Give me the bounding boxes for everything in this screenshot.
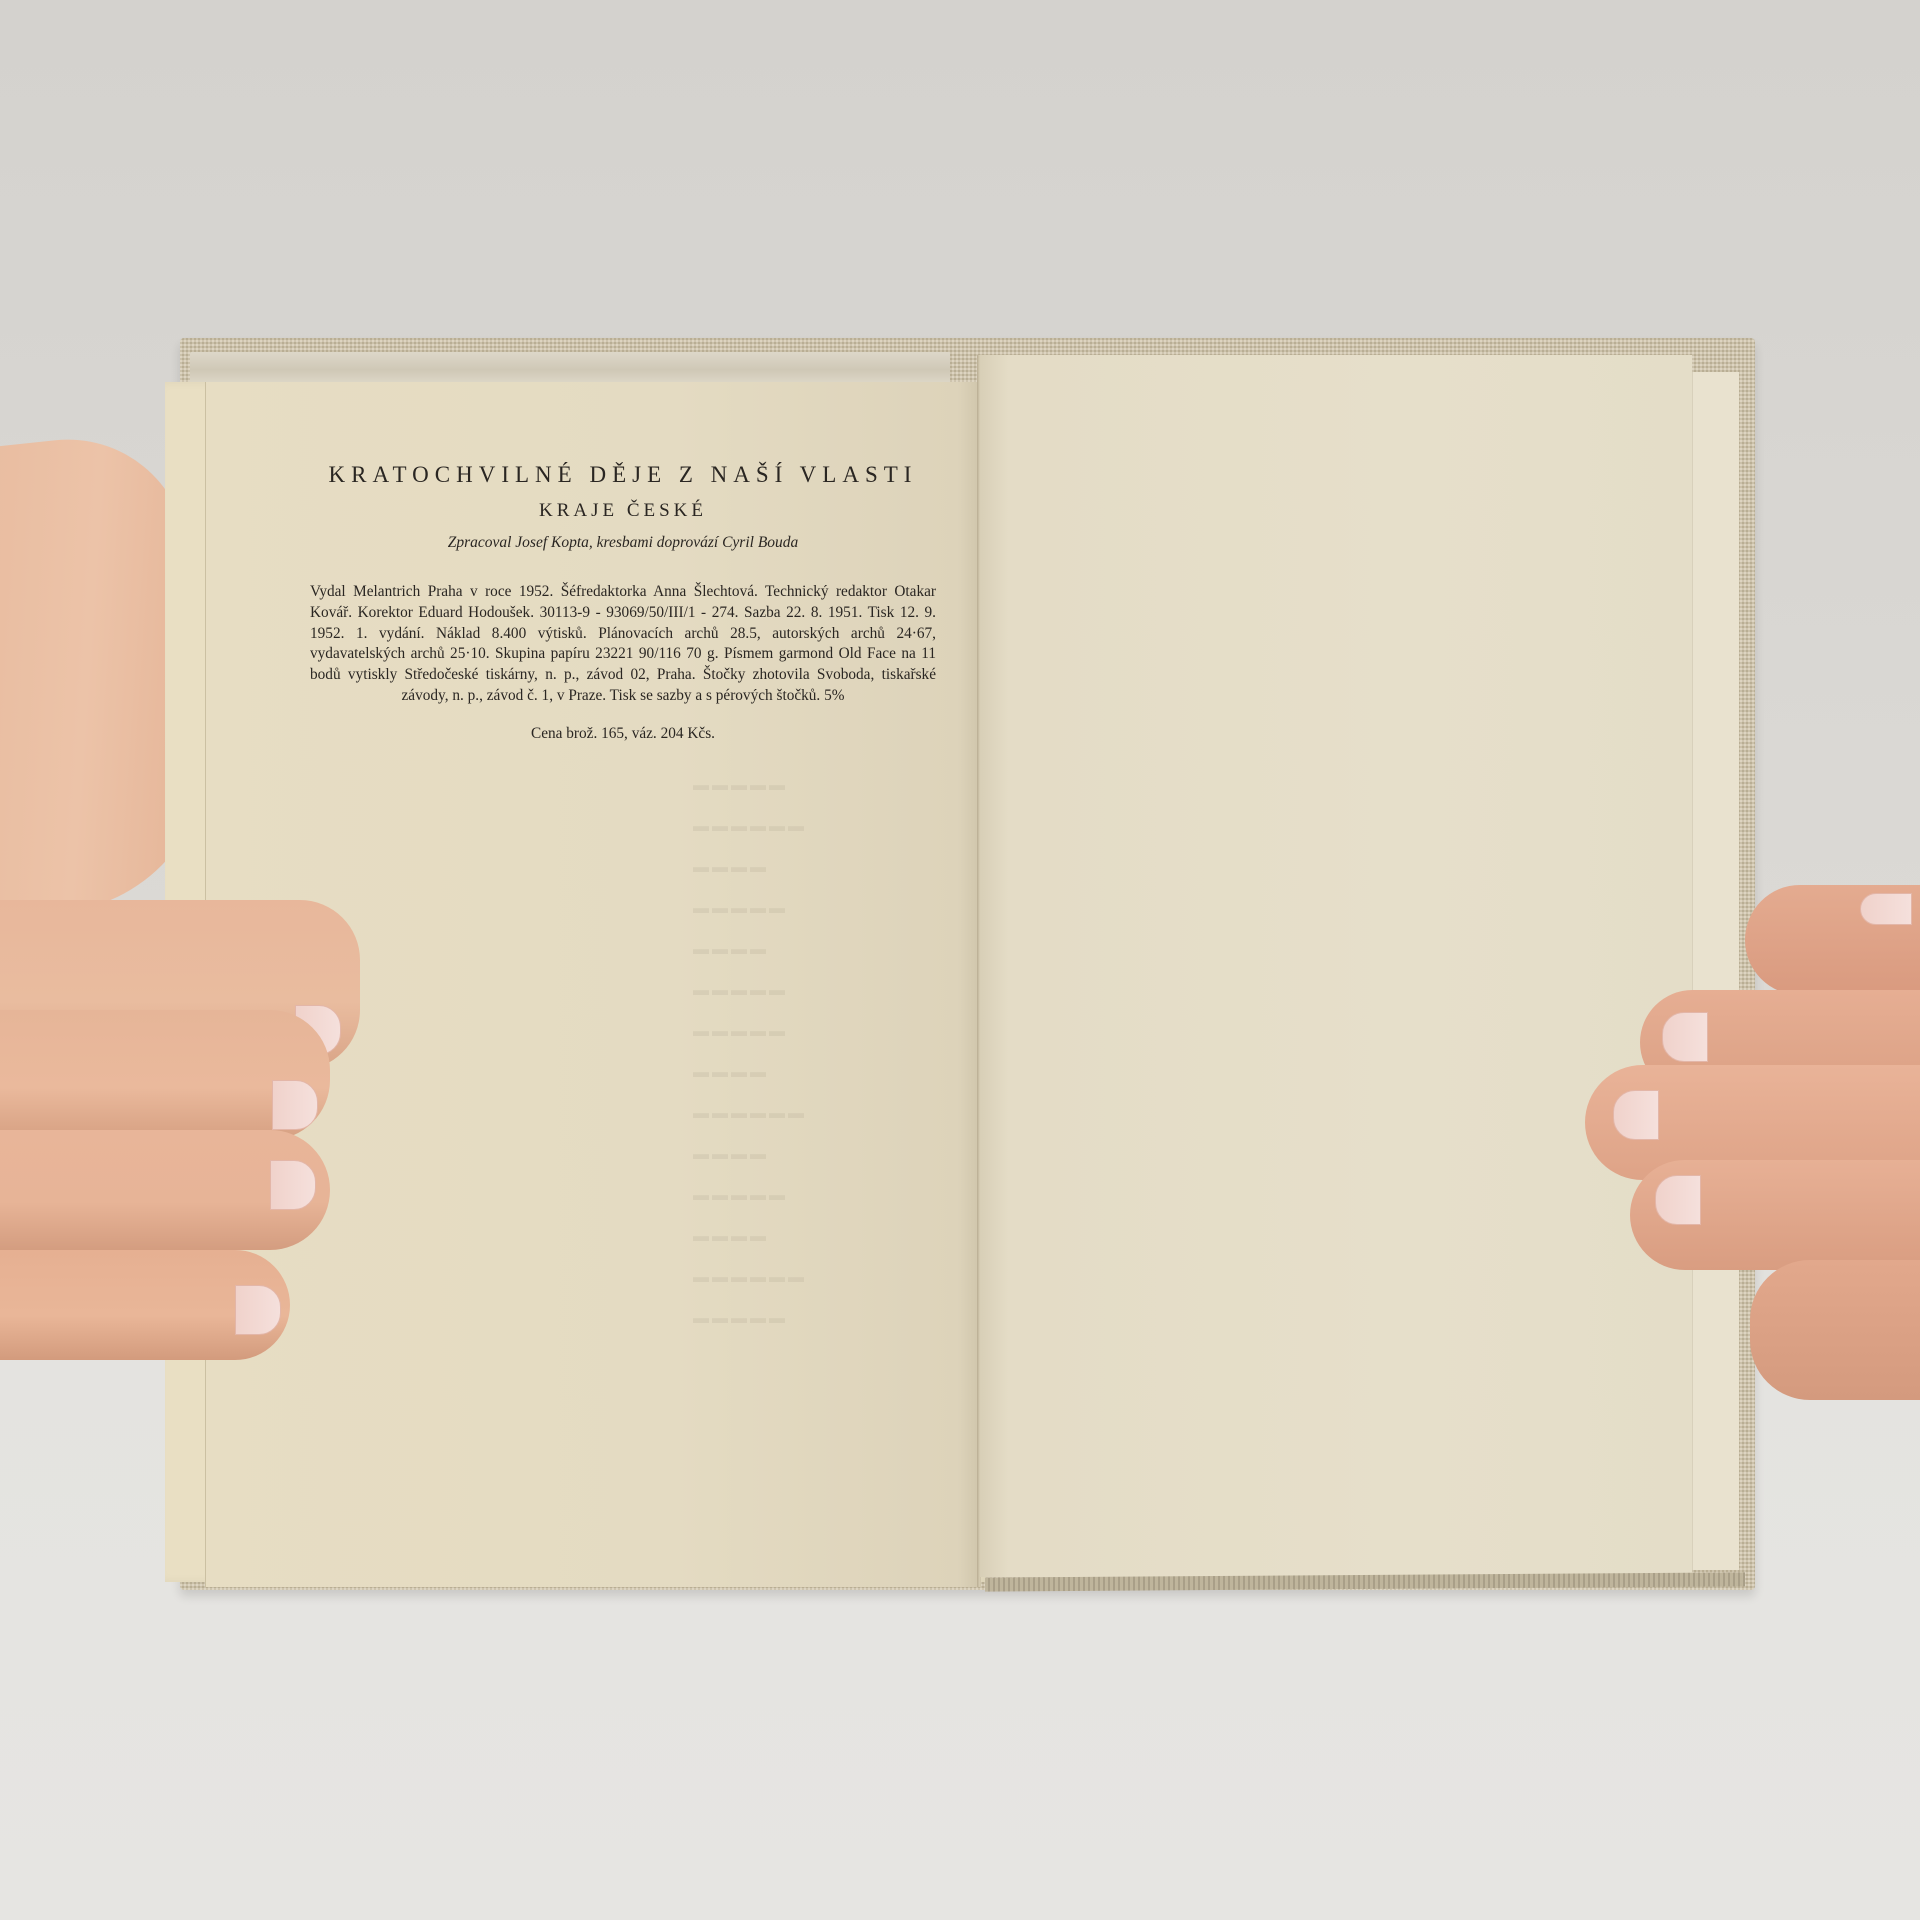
book-credits: Zpracoval Josef Kopta, kresbami doprováz… (310, 534, 936, 552)
fingernail (1613, 1090, 1659, 1140)
right-hand-finger-3 (1630, 1160, 1920, 1270)
left-hand-finger-2 (0, 1010, 330, 1140)
book-title: KRATOCHVILNÉ DĚJE Z NAŠÍ VLASTI (310, 462, 936, 488)
fingernail (235, 1285, 281, 1335)
book-gutter (977, 355, 980, 1587)
fingernail (1860, 893, 1912, 925)
left-hand-finger-3 (0, 1130, 330, 1250)
show-through-text: ▬▬▬▬▬▬▬▬▬▬▬▬▬▬▬▬▬▬▬▬▬▬▬▬▬▬▬▬▬▬▬▬▬▬▬▬▬▬▬▬… (690, 765, 890, 1339)
imprint-text: Vydal Melantrich Praha v roce 1952. Šéfr… (310, 582, 936, 707)
right-page-flap (1692, 372, 1739, 1570)
right-hand-thumb (1745, 885, 1920, 995)
fingernail (1662, 1012, 1708, 1062)
left-hand-finger-4 (0, 1250, 290, 1360)
book-subtitle: KRAJE ČESKÉ (310, 500, 936, 522)
colophon-block: KRATOCHVILNÉ DĚJE Z NAŠÍ VLASTI KRAJE ČE… (310, 462, 936, 743)
fingernail (270, 1160, 316, 1210)
price-line: Cena brož. 165, váz. 204 Kčs. (310, 725, 936, 743)
right-page (980, 355, 1692, 1577)
fingernail (1655, 1175, 1701, 1225)
fingernail (272, 1080, 318, 1130)
right-hand-finger-4 (1750, 1260, 1920, 1400)
